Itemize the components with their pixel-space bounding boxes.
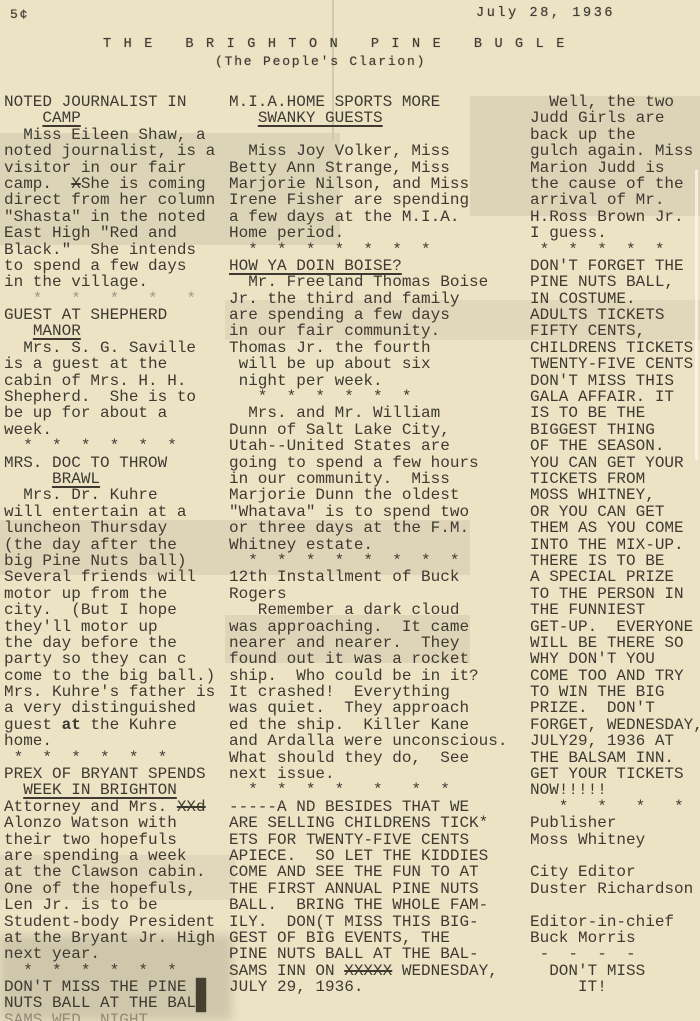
article-heading-line: DON'T FORGET THE [530,258,700,274]
body-text-line: Mrs. Dr. Kuhre [4,487,236,503]
body-text-line: It crashed! Everything [229,684,475,700]
body-text-line: Mrs. and Mr. William [229,405,475,421]
price-label: 5¢ [10,7,29,23]
body-text-line: Home period. [229,225,475,241]
article-heading-line: ILY. DON(T MISS THIS BIG- [229,914,475,930]
body-text-line: the day before the [4,635,236,651]
body-text-line: cabin of Mrs. H. H. [4,373,236,389]
body-text-line: Jr. the third and family [229,291,475,307]
article-heading-line: CAMP [4,110,236,126]
article-heading-line: WEEK IN BRIGHTON [4,782,236,798]
text-segment: HOW YA DOIN BOISE? [229,257,402,275]
article-heading-line: TO THE PERSON IN [530,586,700,602]
body-text-line: week. [4,422,236,438]
article-heading-line: ADULTS TICKETS [530,307,700,323]
article-heading-line: BRAWL [4,471,236,487]
article-heading-line: GUEST AT SHEPHERD [4,307,236,323]
body-text-line: Shepherd. She is to [4,389,236,405]
article-heading-line: TICKETS FROM [530,471,700,487]
body-text-line: is a guest at the [4,356,236,372]
article-heading-line: GET-UP. EVERYONE [530,619,700,635]
article-heading-line: THERE IS TO BE [530,553,700,569]
body-text-line: a few days at the M.I.A. [229,209,475,225]
article-heading-line: YOU CAN GET YOUR [530,455,700,471]
text-segment: CAMP [42,109,80,127]
body-text-line: party so they can c [4,651,236,667]
text-segment: BRAWL [52,470,100,488]
body-text-line: motor up from the [4,586,236,602]
article-heading-line: THEM AS YOU COME [530,520,700,536]
body-text-line: a very distinguished [4,700,236,716]
body-text-line: ship. Who could be in it? [229,668,475,684]
body-text-line: Editor-in-chief [530,914,700,930]
article-heading-line: WILL BE THERE SO [530,635,700,651]
article-heading-line: TO WIN THE BIG [530,684,700,700]
article-heading-line: GEST OF BIG EVENTS, THE [229,930,475,946]
masthead-subtitle: (The People's Clarion) [215,54,426,70]
body-text-line: Marjorie Nilson, and Miss [229,176,475,192]
article-heading-line: M.I.A.HOME SPORTS MORE [229,94,475,110]
article-heading-line: ARE SELLING CHILDRENS TICK* [229,815,475,831]
article-heading-line: INTO THE MIX-UP. [530,537,700,553]
body-text-line: Rogers [229,586,475,602]
body-text-line: in the village. [4,274,236,290]
body-text-line: City Editor [530,864,700,880]
body-text-line: and Ardalla were unconscious. [229,733,475,749]
struck-out-text: XXXXX [344,962,392,980]
article-heading-line: PREX OF BRYANT SPENDS [4,766,236,782]
body-text-line: Miss Joy Volker, Miss [229,143,475,159]
body-text-line: next year. [4,946,236,962]
body-text-line: they'll motor up [4,619,236,635]
body-text-line: visitor in our fair [4,160,236,176]
article-heading-line: JULY 29, 1936. [229,979,475,995]
article-heading-line: A SPECIAL PRIZE [530,569,700,585]
struck-out-text: X [71,175,81,193]
body-text-line: Betty Ann Strange, Miss [229,160,475,176]
article-heading-line: WHY DON'T YOU [530,651,700,667]
body-text-line: Dunn of Salt Lake City, [229,422,475,438]
body-text-line: 12th Installment of Buck [229,569,475,585]
body-text-line: Publisher [530,815,700,831]
article-heading-line: -----A ND BESIDES THAT WE [229,799,475,815]
body-text-line: Len Jr. is to be [4,897,236,913]
body-text-line: in our fair community. [229,323,475,339]
asterisk-separator: * * * * * * [4,750,236,766]
body-text-line: Several friends will [4,569,236,585]
body-text-line: home. [4,733,236,749]
asterisk-separator: * * * * * * * [229,782,475,798]
body-text-line: - - - - [530,946,700,962]
article-heading-line: BIGGEST THING [530,422,700,438]
body-text-line: gulch again. Miss [530,143,700,159]
article-heading-line: SAMS INN ON XXXXX WEDNESDAY, [229,963,475,979]
body-text-line: Remember a dark cloud [229,602,475,618]
article-heading-line: SWANKY GUESTS [229,110,475,126]
article-heading-line: PINE NUTS BALL, [530,274,700,290]
article-heading-line: OR YOU CAN GET [530,504,700,520]
article-heading-line: SAMS WED. NIGHT. [4,1012,236,1021]
article-heading-line: HOW YA DOIN BOISE? [229,258,475,274]
body-text-line: nearer and nearer. They [229,635,475,651]
article-heading-line: COME TOO AND TRY [530,668,700,684]
body-text-line: One of the hopefuls, [4,881,236,897]
body-text-line: Miss Eileen Shaw, a [4,127,236,143]
text-segment: WEEK IN BRIGHTON [23,781,177,799]
body-text-line: Whitney estate. [229,537,475,553]
body-text-line: will be up about six [229,356,475,372]
article-heading-line: THE FIRST ANNUAL PINE NUTS [229,881,475,897]
article-heading-line: IS TO BE THE [530,405,700,421]
masthead-title: T H E B R I G H T O N P I N E B U G L E [103,37,567,53]
article-heading-line: FORGET, WEDNESDAY, [530,717,700,733]
body-text-line: next issue. [229,766,475,782]
body-text-line: are spending a week [4,848,236,864]
article-heading-line: APIECE. SO LET THE KIDDIES [229,848,475,864]
article-heading-line: THE BALSAM INN. [530,750,700,766]
asterisk-separator: * * * * * * [4,963,236,979]
column-right: Well, the twoJudd Girls areback up thegu… [530,94,700,995]
body-text-line: guest at the Kuhre [4,717,236,733]
body-text-line: Moss Whitney [530,832,700,848]
article-heading-line: PRIZE. DON'T [530,700,700,716]
body-text-line: Mrs. S. G. Saville [4,340,236,356]
body-text-line: be up for about a [4,405,236,421]
asterisk-separator: * * * * [530,799,700,815]
body-text-line: Well, the two [530,94,700,110]
body-text-line: Buck Morris [530,930,700,946]
article-heading-line: CHILDRENS TICKETS [530,340,700,356]
body-text-line: will entertain at a [4,504,236,520]
body-text-line [530,897,700,913]
text-segment: MANOR [33,322,81,340]
body-text-line: H.Ross Brown Jr. [530,209,700,225]
article-heading-line: MANOR [4,323,236,339]
article-heading-line: MRS. DOC TO THROW [4,455,236,471]
body-text-line: "Shasta" in the noted [4,209,236,225]
ink-blot: S [196,994,206,1012]
body-text-line: Judd Girls are [530,110,700,126]
asterisk-separator: * * * * * * [4,438,236,454]
body-text-line: Thomas Jr. the fourth [229,340,475,356]
column-middle: M.I.A.HOME SPORTS MORE SWANKY GUESTS Mis… [229,94,475,995]
body-text-line: Marion Judd is [530,160,700,176]
body-text-line: Mrs. Kuhre's father is [4,684,236,700]
body-text-line: noted journalist, is a [4,143,236,159]
asterisk-separator: * * * * * * * * [229,553,475,569]
asterisk-separator: * * * * * * [229,389,475,405]
article-heading-line: OF THE SEASON. [530,438,700,454]
body-text-line: come to the big ball.) [4,668,236,684]
body-text-line: to spend a few days [4,258,236,274]
article-heading-line: NOW!!!!! [530,782,700,798]
article-heading-line: GET YOUR TICKETS [530,766,700,782]
body-text-line: night per week. [229,373,475,389]
body-text-line: What should they do, See [229,750,475,766]
article-heading-line: DON'T MISS THIS [530,373,700,389]
body-text-line: going to spend a few hours [229,455,475,471]
body-text-line: Irene Fisher are spending [229,192,475,208]
asterisk-separator: * * * * * * * [229,242,475,258]
body-text-line: luncheon Thursday [4,520,236,536]
article-heading-line: ETS FOR TWENTY-FIVE CENTS [229,832,475,848]
body-text-line [530,848,700,864]
body-text-line: back up the [530,127,700,143]
article-heading-line: DON'T MISS [530,963,700,979]
body-text-line: was quiet. They approach [229,700,475,716]
body-text-line: direct from her column [4,192,236,208]
body-text-line: was approaching. It came [229,619,475,635]
body-text-line: Black." She intends [4,242,236,258]
asterisk-separator: * * * * * [4,291,236,307]
asterisk-separator: * * * * * [530,242,700,258]
newspaper-page: 5¢ July 28, 1936 T H E B R I G H T O N P… [0,0,700,1021]
body-text-line: at the Clawson cabin. [4,864,236,880]
text-segment: SWANKY GUESTS [258,109,383,127]
body-text-line: big Pine Nuts ball) [4,553,236,569]
body-text-line: in our community. Miss [229,471,475,487]
body-text-line: the cause of the [530,176,700,192]
body-text-line: Duster Richardson [530,881,700,897]
body-text-line: at the Bryant Jr. High [4,930,236,946]
date-label: July 28, 1936 [476,6,615,22]
body-text-line: are spending a few days [229,307,475,323]
article-heading-line: JULY29, 1936 AT [530,733,700,749]
body-text-line: Alonzo Watson with [4,815,236,831]
body-text-line: Utah--United States are [229,438,475,454]
body-text-line: camp. XShe is coming [4,176,236,192]
article-heading-line: IT! [530,979,700,995]
article-heading-line: THE FUNNIEST [530,602,700,618]
text-segment: at [62,716,81,734]
body-text-line: city. (But I hope [4,602,236,618]
article-heading-line: PINE NUTS BALL AT THE BAL- [229,946,475,962]
body-text-line: Attorney and Mrs. XXd [4,799,236,815]
article-heading-line: FIFTY CENTS, [530,323,700,339]
body-text-line: Student-body President [4,914,236,930]
body-text-line: Marjorie Dunn the oldest [229,487,475,503]
body-text-line: or three days at the F.M. [229,520,475,536]
article-heading-line: COME AND SEE THE FUN TO AT [229,864,475,880]
body-text-line: "Whatava" is to spend two [229,504,475,520]
article-heading-line: GALA AFFAIR. IT [530,389,700,405]
body-text-line: found out it was a rocket [229,651,475,667]
body-text-line: I guess. [530,225,700,241]
article-heading-line: NOTED JOURNALIST IN [4,94,236,110]
body-text-line [229,127,475,143]
body-text-line: arrival of Mr. [530,192,700,208]
article-heading-line: NUTS BALL AT THE BALS [4,995,236,1011]
body-text-line: Mr. Freeland Thomas Boise [229,274,475,290]
body-text-line: ed the ship. Killer Kane [229,717,475,733]
column-left: NOTED JOURNALIST IN CAMP Miss Eileen Sha… [4,94,236,1021]
body-text-line: (the day after the [4,537,236,553]
article-heading-line: BALL. BRING THE WHOLE FAM- [229,897,475,913]
body-text-line: East High "Red and [4,225,236,241]
article-heading-line: IN COSTUME. [530,291,700,307]
article-heading-line: MOSS WHITNEY, [530,487,700,503]
article-heading-line: TWENTY-FIVE CENTS [530,356,700,372]
struck-out-text: XXd [177,798,206,816]
body-text-line: their two hopefuls [4,832,236,848]
